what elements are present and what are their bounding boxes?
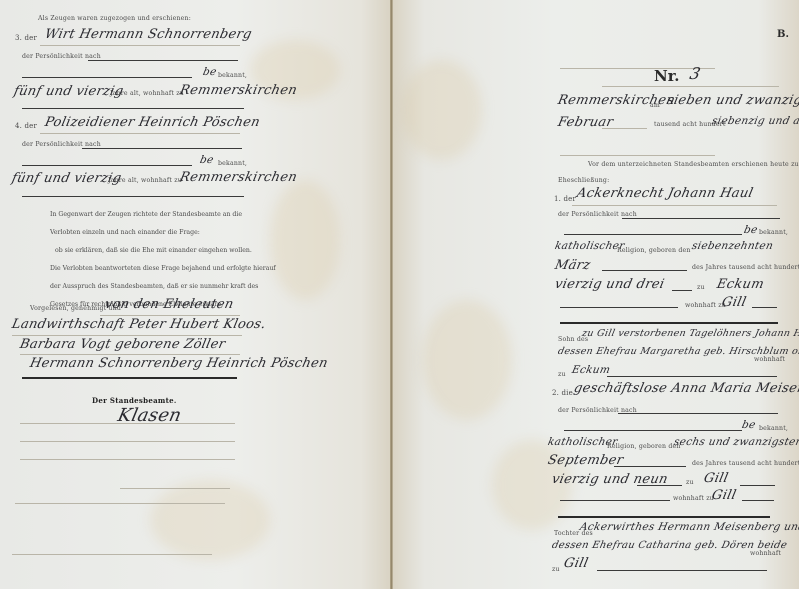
witness-3-age-label: Jahre alt, wohnhaft zu [110, 90, 184, 97]
intro-text: Vor dem unterzeichneten Standesbeamten e… [588, 161, 799, 168]
bride-religion-label: Religion, geboren den [607, 443, 681, 450]
rule [22, 108, 244, 109]
ceremony-line-4: Die Verlobten beantworteten diese Frage … [50, 260, 276, 278]
rule [22, 196, 244, 197]
bride-birth-year-label: des Jahres tausend acht hundert [692, 460, 799, 467]
rule [20, 354, 240, 355]
rule [22, 165, 192, 166]
rule [22, 377, 237, 379]
rule [560, 500, 670, 501]
rule [572, 205, 777, 206]
groom-name: Ackerknecht Johann Haul [575, 186, 754, 201]
record-number: 3 [688, 64, 703, 83]
rule [12, 335, 242, 336]
ceremony-line-5: der Ausspruch des Standesbeamten, daß er… [50, 278, 258, 296]
rule [564, 234, 742, 235]
paper-stain [402, 60, 482, 160]
rule [602, 86, 779, 87]
groom-birth-month: März [553, 258, 592, 273]
groom-parents-residence: Eckum [571, 364, 612, 376]
rule [742, 500, 774, 501]
bride-known-label: bekannt, [759, 425, 788, 432]
witness-3-known-label: bekannt, [218, 72, 247, 79]
rule [20, 423, 235, 424]
bride-birth-day: sechs und zwanzigsten [673, 436, 799, 448]
witness-intro: Als Zeugen waren zugezogen und erschiene… [38, 15, 191, 22]
witness-3-prefix: 3. der [15, 34, 37, 42]
bride-residence-label: wohnhaft zu [673, 495, 714, 502]
rule [602, 270, 687, 271]
rule [40, 133, 240, 134]
paper-stain [150, 480, 270, 560]
groom-known-hw: be [743, 224, 759, 236]
rule [22, 77, 192, 78]
rule [560, 155, 715, 156]
rule [20, 459, 235, 460]
bride-parents-residence-label: wohnhaft [750, 550, 781, 557]
rule [637, 485, 682, 486]
rule [597, 570, 767, 571]
intro-text-2: Eheschließung: [558, 177, 609, 184]
witness-4-residence: Remmerskirchen [178, 170, 298, 185]
bride-known-hw: be [741, 419, 757, 431]
bride-parents-line-1: Ackerwirthes Hermann Meisenberg und [579, 521, 799, 533]
groom-birthplace: Eckum [715, 277, 765, 292]
right-page: B. Nr. 3 Remmerskirchen am sieben und zw… [392, 0, 799, 589]
groom-parents-residence-prefix: zu [558, 371, 566, 378]
witness-4-identity-label: der Persönlichkeit nach [22, 141, 101, 148]
rule [88, 60, 238, 61]
ceremony-line-1: In Gegenwart der Zeugen richtete der Sta… [50, 206, 242, 224]
groom-known-label: bekannt, [759, 229, 788, 236]
record-number-label: Nr. [654, 67, 679, 85]
groom-birthplace-label: zu [697, 284, 705, 291]
groom-residence: Gill [720, 295, 747, 310]
ceremony-line-3: ob sie erklären, daß sie die Ehe mit ein… [55, 242, 252, 260]
rule [12, 554, 212, 555]
witness-4-age: fünf und vierzig [10, 171, 122, 186]
bride-parents-residence-prefix: zu [552, 566, 560, 573]
bride-birthplace: Gill [702, 471, 729, 486]
paper-stain [422, 300, 512, 420]
signature-line-1: von den Eheleuten [103, 297, 235, 312]
bride-prefix: 2. die [552, 389, 573, 397]
book-gutter [390, 0, 393, 589]
witness-3-identity-label: der Persönlichkeit nach [22, 53, 101, 60]
groom-prefix: 1. der [554, 195, 576, 203]
rule [40, 45, 240, 46]
document-spread: Als Zeugen waren zugezogen und erschiene… [0, 0, 799, 589]
rule [100, 315, 240, 316]
witness-4-known-label: bekannt, [218, 160, 247, 167]
page-letter: B. [777, 29, 789, 40]
rule [558, 516, 770, 518]
registrar-label: Der Standesbeamte. [92, 396, 177, 405]
groom-religion-label: Religion, geboren den [617, 247, 691, 254]
groom-religion: katholischer [554, 240, 626, 252]
rule [740, 485, 775, 486]
ceremony-line-2: Verlobten einzeln und nach einander die … [50, 224, 200, 242]
witness-3-name: Wirt Hermann Schnorrenberg [43, 27, 253, 42]
groom-identity-label: der Persönlichkeit nach [558, 211, 637, 218]
groom-parents-line-1: zu Gill verstorbenen Tagelöhners Johann … [581, 328, 799, 339]
bride-parents-residence: Gill [562, 556, 589, 571]
rule [614, 466, 686, 467]
witness-4-prefix: 4. der [15, 122, 37, 130]
left-page: Als Zeugen waren zugezogen und erschiene… [0, 0, 392, 589]
paper-stain [270, 180, 340, 300]
date-am-label: am [650, 102, 660, 109]
signature-line-4: Hermann Schnorrenberg Heinrich Pöschen [28, 356, 329, 371]
rule [120, 488, 230, 489]
bride-name: geschäftslose Anna Maria Meisenberg [572, 381, 799, 396]
bride-birth-month: September [546, 453, 624, 468]
rule [622, 218, 780, 219]
signature-line-2: Landwirthschaft Peter Hubert Kloos. [10, 317, 267, 332]
groom-birth-year-label: des Jahres tausend acht hundert [692, 264, 799, 271]
rule [618, 413, 778, 414]
witness-3-age: fünf und vierzig [12, 84, 124, 99]
witness-3-known-hw: be [202, 66, 218, 78]
witness-4-name: Polizeidiener Heinrich Pöschen [43, 115, 261, 130]
groom-parents-residence-label: wohnhaft [754, 356, 785, 363]
signature-line-3: Barbara Vogt geborene Zöller [18, 337, 226, 352]
witness-4-known-hw: be [199, 154, 215, 166]
rule [560, 307, 678, 308]
rule [564, 430, 742, 431]
witness-3-residence: Remmerskirchen [178, 83, 298, 98]
rule [560, 322, 778, 324]
groom-birth-day: siebenzehnten [691, 240, 775, 252]
marriage-year: siebenzig und acht [711, 115, 799, 127]
bride-residence: Gill [710, 488, 737, 503]
rule [20, 441, 235, 442]
bride-birthplace-label: zu [686, 479, 694, 486]
rule [602, 128, 647, 129]
witness-4-age-label: Jahre alt, wohnhaft zu [108, 177, 182, 184]
marriage-day: sieben und zwanzigsten [665, 93, 799, 108]
groom-birth-year: vierzig und drei [553, 277, 665, 292]
rule [672, 290, 692, 291]
rule [607, 376, 777, 377]
rule [752, 307, 777, 308]
rule [15, 503, 225, 504]
rule [82, 148, 242, 149]
